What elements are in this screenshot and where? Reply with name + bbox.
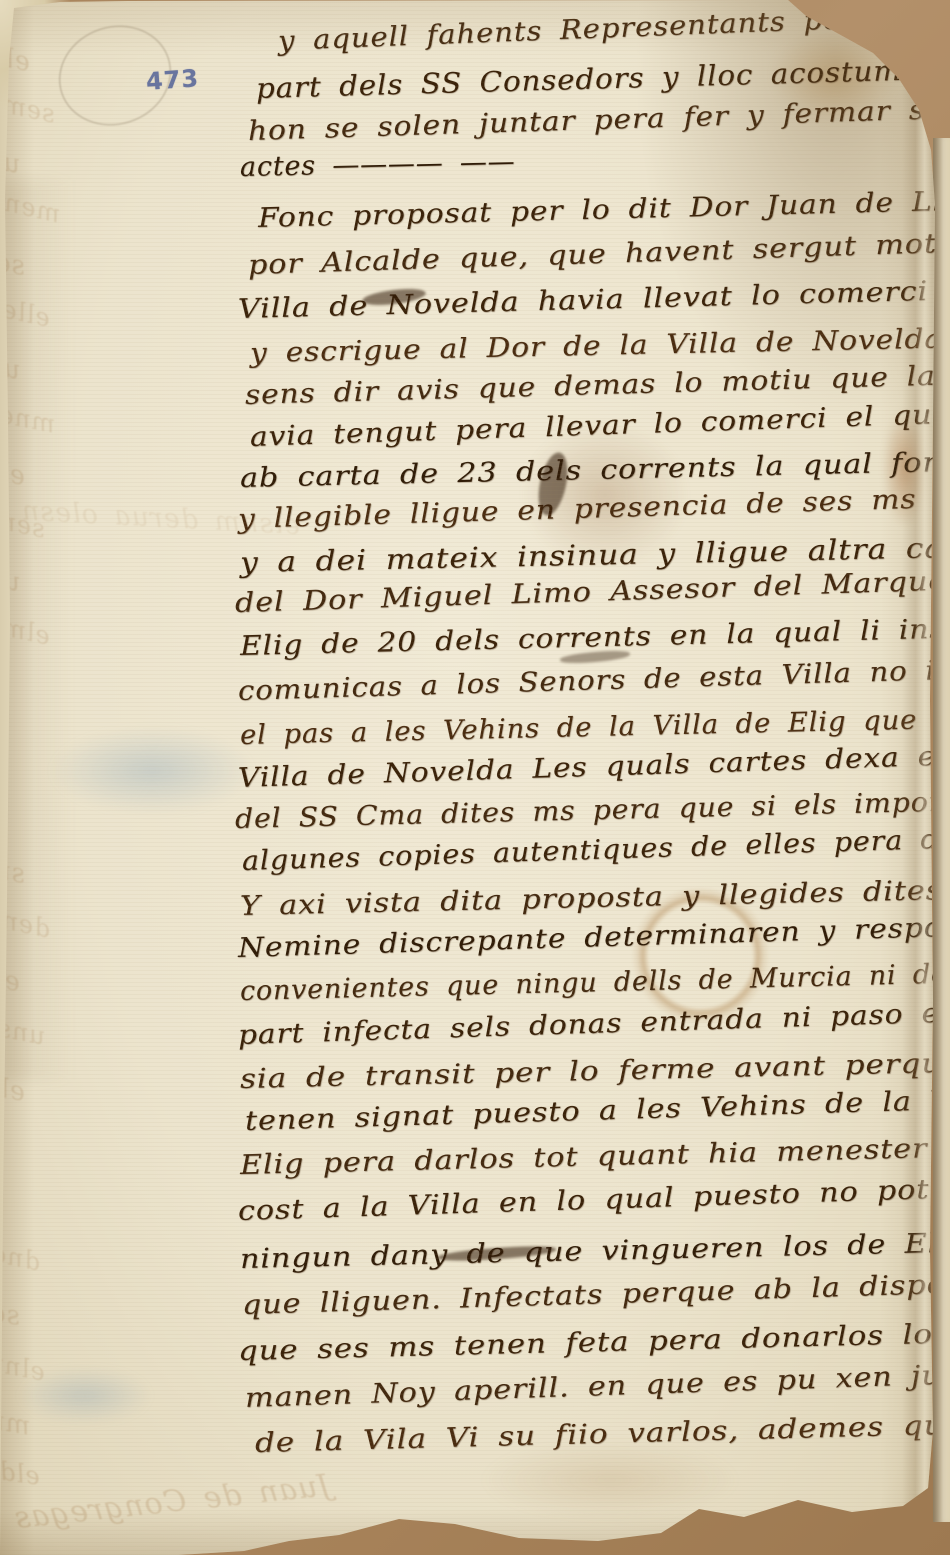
manuscript-line: que ses ms tenen feta pera donarlos lo q… bbox=[238, 1316, 950, 1367]
manuscript-line: Fonc proposat per lo dit Dor Juan de Lli… bbox=[258, 184, 950, 234]
bleed-through-fragment: selman udere bbox=[0, 1271, 22, 1331]
manuscript-line: Elig de 20 dels corrents en la qual li i… bbox=[240, 611, 950, 662]
bleed-through-fragment: elnus demrae bbox=[0, 1322, 48, 1387]
next-page-sliver bbox=[933, 138, 950, 1522]
manuscript-line: Elig pera darlos tot quant hia menester … bbox=[240, 1130, 950, 1181]
folio-number: 473 bbox=[145, 64, 200, 96]
manuscript-line: que lliguen. Infectats perque ab la disp… bbox=[242, 1267, 950, 1321]
manuscript-page: elmne umelles edesemnal de mersuen les m… bbox=[0, 0, 950, 1555]
manuscript-line: convenientes que ningu dells de Murcia n… bbox=[240, 955, 950, 1007]
manuscript-line: Villa de Novelda havia llevat lo comerci… bbox=[238, 270, 950, 325]
manuscript-line: actes ———— —— bbox=[240, 146, 516, 183]
bleed-through-fragment: dnel musera bbox=[0, 1212, 43, 1277]
bleed-through-fragment: eldem nusrae bbox=[0, 1436, 42, 1491]
manuscript-line: y escrigue al Dor de la Villa de Novelda… bbox=[250, 320, 950, 369]
bleed-through-fragment: mnsel durea bbox=[0, 1381, 33, 1442]
bleed-through-fragment: Juan de Congregas bbox=[12, 1468, 332, 1536]
manuscript-line: ningun dany de que vingueren los de Elig… bbox=[240, 1224, 950, 1275]
manuscript-line: de la Vila Vi su fiio varlos, ademes que… bbox=[255, 1407, 950, 1459]
blue-show-through-smudge bbox=[52, 728, 252, 813]
manuscript-scan: elmne umelles edesemnal de mersuen les m… bbox=[0, 0, 950, 1555]
